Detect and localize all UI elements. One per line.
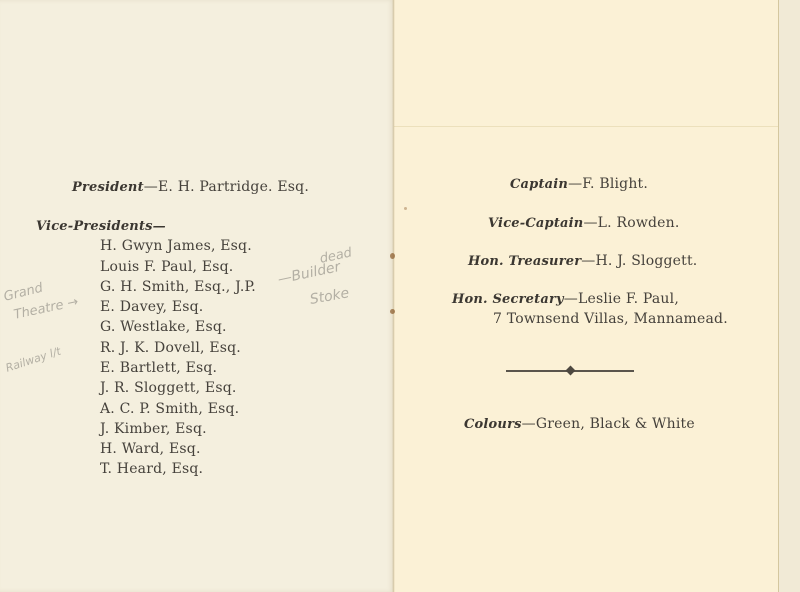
treasurer-line: Hon. Treasurer—H. J. Sloggett. bbox=[468, 253, 697, 270]
right-page-inner-panel bbox=[394, 126, 778, 592]
list-item: G. H. Smith, Esq., J.P. bbox=[100, 279, 256, 295]
secretary-line: Hon. Secretary—Leslie F. Paul, bbox=[452, 291, 679, 308]
colours-label: Colours bbox=[464, 417, 522, 432]
dash: — bbox=[583, 215, 597, 231]
list-item: E. Bartlett, Esq. bbox=[100, 360, 217, 376]
president-line: President—E. H. Partridge. Esq. bbox=[72, 179, 309, 196]
vice-captain-line: Vice-Captain—L. Rowden. bbox=[488, 215, 680, 232]
treasurer-label: Hon. Treasurer bbox=[468, 254, 581, 269]
card-edge bbox=[778, 0, 800, 592]
list-item: H. Gwyn James, Esq. bbox=[100, 238, 252, 254]
list-item: J. Kimber, Esq. bbox=[100, 421, 207, 437]
dash: — bbox=[568, 176, 582, 192]
dash: — bbox=[564, 291, 578, 307]
list-item: T. Heard, Esq. bbox=[100, 461, 203, 477]
secretary-label: Hon. Secretary bbox=[452, 292, 564, 307]
colours-line: Colours—Green, Black & White bbox=[464, 416, 695, 433]
secretary-name: Leslie F. Paul, bbox=[578, 291, 679, 307]
captain-name: F. Blight. bbox=[582, 176, 648, 192]
rust-stain bbox=[390, 253, 395, 259]
scanned-card: President—E. H. Partridge. Esq. Vice-Pre… bbox=[0, 0, 800, 592]
vice-captain-label: Vice-Captain bbox=[488, 216, 583, 231]
list-item: R. J. K. Dovell, Esq. bbox=[100, 340, 241, 356]
list-item: J. R. Sloggett, Esq. bbox=[100, 380, 237, 396]
vice-presidents-label: Vice-Presidents— bbox=[36, 219, 166, 234]
rust-stain bbox=[390, 309, 395, 314]
dash: — bbox=[522, 416, 536, 432]
dash: — bbox=[581, 253, 595, 269]
vice-captain-name: L. Rowden. bbox=[598, 215, 680, 231]
colours-value: Green, Black & White bbox=[536, 416, 695, 432]
dash: — bbox=[144, 179, 158, 195]
captain-line: Captain—F. Blight. bbox=[510, 176, 648, 193]
list-item: G. Westlake, Esq. bbox=[100, 319, 227, 335]
president-label: President bbox=[72, 180, 144, 195]
list-item: H. Ward, Esq. bbox=[100, 441, 201, 457]
rust-stain bbox=[404, 207, 407, 210]
secretary-address: 7 Townsend Villas, Mannamead. bbox=[493, 311, 728, 327]
president-name: E. H. Partridge. Esq. bbox=[158, 179, 309, 195]
list-item: A. C. P. Smith, Esq. bbox=[100, 401, 239, 417]
treasurer-name: H. J. Sloggett. bbox=[595, 253, 697, 269]
list-item: E. Davey, Esq. bbox=[100, 299, 203, 315]
center-fold bbox=[392, 0, 395, 592]
captain-label: Captain bbox=[510, 177, 568, 192]
list-item: Louis F. Paul, Esq. bbox=[100, 259, 233, 275]
vice-presidents-heading: Vice-Presidents— bbox=[36, 218, 166, 235]
